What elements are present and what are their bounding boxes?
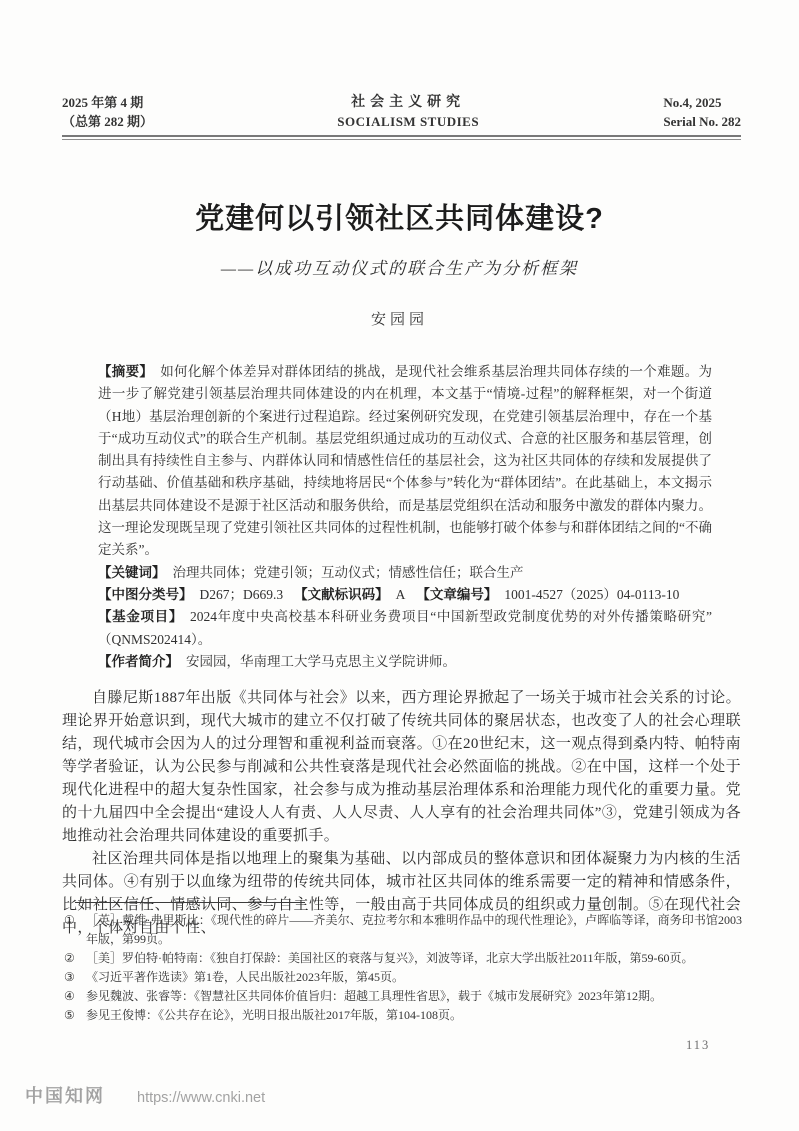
fund-text: 2024年度中央高校基本科研业务费项目“中国新型政党制度优势的对外传播策略研究”… bbox=[98, 609, 712, 646]
issue-info-en: No.4, 2025 Serial No. 282 bbox=[663, 93, 741, 131]
keywords: 【关键词】治理共同体；党建引领；互动仪式；情感性信任；联合生产 bbox=[98, 562, 712, 584]
footnote-item: ④参见魏波、张睿等：《智慧社区共同体价值旨归：超越工具理性省思》，载于《城市发展… bbox=[64, 987, 742, 1006]
fund-label: 【基金项目】 bbox=[98, 609, 183, 624]
author-bio: 【作者简介】安园园，华南理工大学马克思主义学院讲师。 bbox=[98, 651, 712, 673]
paragraph: 自滕尼斯1887年出版《共同体与社会》以来，西方理论界掀起了一场关于城市社会关系… bbox=[62, 687, 741, 848]
author-bio-label: 【作者简介】 bbox=[98, 654, 179, 669]
footnote-item: ③《习近平著作选读》第1卷，人民出版社2023年版，第45页。 bbox=[64, 968, 742, 987]
footnote-item: ②［美］罗伯特·帕特南：《独自打保龄：美国社区的衰落与复兴》，刘波等译，北京大学… bbox=[64, 949, 742, 968]
journal-title-cn: 社会主义研究 bbox=[337, 93, 479, 112]
footnote-number: ④ bbox=[64, 987, 75, 1006]
paper-page: 2025 年第 4 期 （总第 282 期） 社会主义研究 SOCIALISM … bbox=[0, 0, 799, 1131]
serial-number-en: Serial No. 282 bbox=[663, 112, 741, 131]
issue-number: 2025 年第 4 期 bbox=[62, 93, 153, 112]
footnote-item: ①［英］戴维·弗里斯比：《现代性的碎片——齐美尔、克拉考尔和本雅明作品中的现代性… bbox=[64, 911, 742, 949]
footnote-text: 参见魏波、张睿等：《智慧社区共同体价值旨归：超越工具理性省思》，载于《城市发展研… bbox=[86, 989, 662, 1003]
footnote-number: ③ bbox=[64, 968, 75, 987]
cnki-watermark: 中国知网 https://www.cnki.net bbox=[25, 1082, 265, 1108]
article-id-value: 1001-4527（2025）04-0113-10 bbox=[504, 587, 679, 602]
footnote-divider bbox=[75, 902, 305, 903]
classification-line: 【中图分类号】D267；D669.3【文献标识码】A【文章编号】1001-452… bbox=[98, 584, 712, 606]
article-title: 党建何以引领社区共同体建设? bbox=[0, 196, 799, 237]
cnki-url: https://www.cnki.net bbox=[137, 1090, 265, 1106]
clc-value: D267；D669.3 bbox=[200, 587, 284, 602]
footnote-text: ［美］罗伯特·帕特南：《独自打保龄：美国社区的衰落与复兴》，刘波等译，北京大学出… bbox=[86, 951, 694, 965]
journal-title-en: SOCIALISM STUDIES bbox=[337, 112, 479, 131]
serial-number-cn: （总第 282 期） bbox=[62, 112, 153, 131]
clc-label: 【中图分类号】 bbox=[98, 587, 193, 602]
article-subtitle: ——以成功互动仪式的联合生产为分析框架 bbox=[0, 254, 799, 279]
footnote-number: ⑤ bbox=[64, 1006, 75, 1025]
footnote-number: ② bbox=[64, 949, 75, 968]
cnki-logo-text: 中国知网 bbox=[25, 1082, 105, 1108]
footnote-item: ⑤参见王俊博：《公共存在论》，光明日报出版社2017年版，第104-108页。 bbox=[64, 1006, 742, 1025]
header-divider bbox=[62, 135, 741, 140]
footnote-number: ① bbox=[64, 911, 75, 930]
footnote-text: 《习近平著作选读》第1卷，人民出版社2023年版，第45页。 bbox=[86, 970, 404, 984]
journal-header: 2025 年第 4 期 （总第 282 期） 社会主义研究 SOCIALISM … bbox=[62, 93, 741, 131]
page-number: 113 bbox=[686, 1038, 710, 1053]
abstract: 【摘要】如何化解个体差异对群体团结的挑战，是现代社会维系基层治理共同体存续的一个… bbox=[98, 361, 712, 562]
keywords-label: 【关键词】 bbox=[98, 565, 166, 580]
issue-info: 2025 年第 4 期 （总第 282 期） bbox=[62, 93, 153, 131]
article-id-label: 【文章编号】 bbox=[416, 587, 497, 602]
footnotes: ①［英］戴维·弗里斯比：《现代性的碎片——齐美尔、克拉考尔和本雅明作品中的现代性… bbox=[64, 911, 742, 1025]
issue-number-en: No.4, 2025 bbox=[663, 93, 741, 112]
abstract-label: 【摘要】 bbox=[98, 364, 153, 379]
keywords-text: 治理共同体；党建引领；互动仪式；情感性信任；联合生产 bbox=[173, 565, 524, 580]
journal-title: 社会主义研究 SOCIALISM STUDIES bbox=[337, 93, 479, 131]
doc-code-label: 【文献标识码】 bbox=[294, 587, 389, 602]
article-author: 安园园 bbox=[0, 308, 799, 329]
abstract-text: 如何化解个体差异对群体团结的挑战，是现代社会维系基层治理共同体存续的一个难题。为… bbox=[98, 364, 712, 557]
footnote-text: 参见王俊博：《公共存在论》，光明日报出版社2017年版，第104-108页。 bbox=[86, 1008, 462, 1022]
fund-project: 【基金项目】2024年度中央高校基本科研业务费项目“中国新型政党制度优势的对外传… bbox=[98, 606, 712, 651]
front-matter: 【摘要】如何化解个体差异对群体团结的挑战，是现代社会维系基层治理共同体存续的一个… bbox=[98, 361, 712, 673]
doc-code-value: A bbox=[396, 587, 406, 602]
footnote-text: ［英］戴维·弗里斯比：《现代性的碎片——齐美尔、克拉考尔和本雅明作品中的现代性理… bbox=[86, 913, 742, 946]
author-bio-text: 安园园，华南理工大学马克思主义学院讲师。 bbox=[186, 654, 456, 669]
